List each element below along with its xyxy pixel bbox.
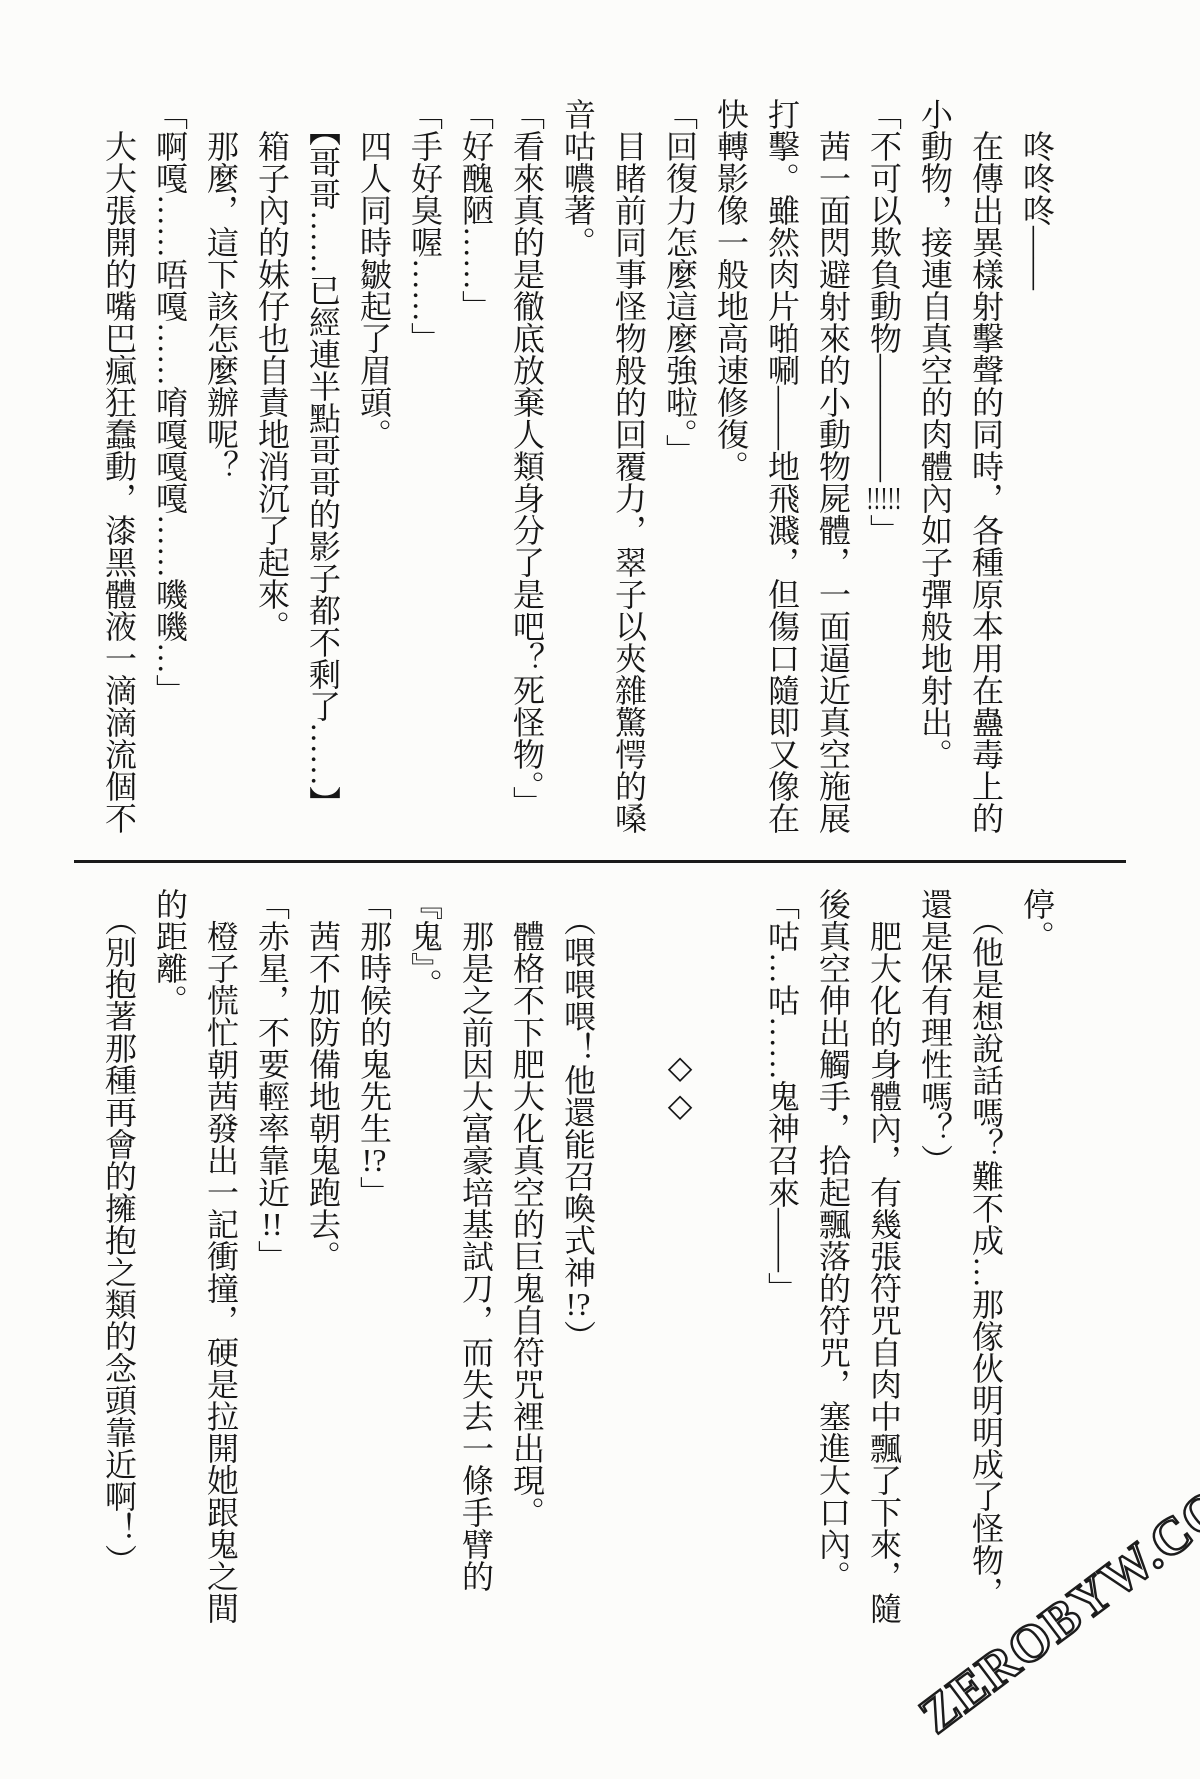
novel-page: 咚咚咚―― 在傳出異樣射擊聲的同時，各種原本用在蠱毒上的小動物，接連自真空的肉體…	[0, 0, 1200, 1779]
thought-line: （別抱著那種再會的擁抱之類的念頭靠近啊！）	[93, 888, 144, 1628]
text-run: 「咕…咕……鬼神召來――」	[764, 888, 800, 1304]
text-run: 四人同時皺起了眉頭。	[356, 98, 392, 450]
text-run: 咚咚咚――	[1019, 98, 1055, 290]
thought-line: 【哥哥……已經連半點哥哥的影子都不剩了……】	[297, 98, 348, 838]
text-run: 「看來真的是徹底放棄人類身分了是吧？死怪物。」	[509, 98, 545, 818]
horizontal-in-vertical-run: !!!!!	[866, 482, 902, 514]
text-run: （他是想說話嗎？難不成…那傢伙明明成了怪物，還是保有理性嗎？）	[917, 888, 1004, 1608]
text-run: 「赤星，不要輕率靠近	[254, 888, 290, 1208]
text-run: （喂喂喂！他還能召喚式神	[560, 888, 596, 1288]
dialogue-line: 「好醜陋……」	[450, 98, 501, 838]
text-run: ◇◇	[662, 888, 698, 1124]
text-run	[713, 888, 749, 920]
dialogue-line: 「啊嘎……唔嘎……唷嘎嘎嘎……嘰嘰…」	[144, 98, 195, 838]
text-run	[611, 888, 647, 920]
text-run: 」	[356, 1176, 392, 1208]
text-run: 目睹前同事怪物般的回覆力，翠子以夾雜驚愕的嗓音咕噥著。	[560, 98, 647, 834]
narration-line: 肥大化的身體內，有幾張符咒自肉中飄了下來，隨後真空伸出觸手，拾起飄落的符咒，塞進…	[807, 888, 909, 1628]
text-run: 那是之前因大富豪培基試刀，而失去一條手臂的『鬼』。	[407, 888, 494, 1592]
horizontal-in-vertical-run: !?	[356, 1144, 392, 1176]
narration-line: 橙子慌忙朝茜發出一記衝撞，硬是拉開她跟鬼之間的距離。	[144, 888, 246, 1628]
text-run: 橙子慌忙朝茜發出一記衝撞，硬是拉開她跟鬼之間的距離。	[152, 888, 239, 1624]
text-run: ）	[560, 1320, 596, 1352]
text-run: 「回復力怎麼這麼強啦。」	[662, 98, 698, 466]
text-run: 體格不下肥大化真空的巨鬼自符咒裡出現。	[509, 888, 545, 1528]
horizontal-in-vertical-run: !?	[560, 1288, 596, 1320]
scene-separator: ◇◇	[654, 888, 705, 1628]
text-run: 」	[254, 1240, 290, 1272]
blank-line	[603, 888, 654, 1628]
narration-line: 茜一面閃避射來的小動物屍體，一面逼近真空施展打擊。雖然肉片啪唰――地飛濺，但傷口…	[705, 98, 858, 838]
text-run: 「不可以欺負動物――――	[866, 98, 902, 482]
thought-line: （喂喂喂！他還能召喚式神!?）	[552, 888, 603, 1628]
narration-line: 箱子內的妹仔也自責地消沉了起來。	[246, 98, 297, 838]
narration-line: 在傳出異樣射擊聲的同時，各種原本用在蠱毒上的小動物，接連自真空的肉體內如子彈般地…	[909, 98, 1011, 838]
text-run: （別抱著那種再會的擁抱之類的念頭靠近啊！）	[101, 888, 137, 1576]
dialogue-line: 「回復力怎麼這麼強啦。」	[654, 98, 705, 838]
dialogue-line: 「那時候的鬼先生!?」	[348, 888, 399, 1628]
text-run: 在傳出異樣射擊聲的同時，各種原本用在蠱毒上的小動物，接連自真空的肉體內如子彈般地…	[917, 98, 1004, 834]
blank-line	[705, 888, 756, 1628]
text-run: 肥大化的身體內，有幾張符咒自肉中飄了下來，隨後真空伸出觸手，拾起飄落的符咒，塞進…	[815, 888, 902, 1624]
text-run: 茜不加防備地朝鬼跑去。	[305, 888, 341, 1272]
text-run: 那麼，這下該怎麼辦呢？	[203, 98, 239, 482]
sound-effect-line: 咚咚咚――	[1011, 98, 1062, 838]
narration-line: 四人同時皺起了眉頭。	[348, 98, 399, 838]
text-run: 「那時候的鬼先生	[356, 888, 392, 1144]
dialogue-line: 「不可以欺負動物――――!!!!!」	[858, 98, 909, 838]
narration-line: 茜不加防備地朝鬼跑去。	[297, 888, 348, 1628]
text-run: 」	[866, 514, 902, 546]
dialogue-line: 「看來真的是徹底放棄人類身分了是吧？死怪物。」	[501, 98, 552, 838]
text-run: 「好醜陋……」	[458, 98, 494, 322]
text-run: 【哥哥……已經連半點哥哥的影子都不剩了……】	[305, 98, 341, 818]
dialogue-line: 「赤星，不要輕率靠近!!」	[246, 888, 297, 1628]
dialogue-line: 「手好臭喔……」	[399, 98, 450, 838]
thought-line: （他是想說話嗎？難不成…那傢伙明明成了怪物，還是保有理性嗎？）	[909, 888, 1011, 1628]
text-run: 箱子內的妹仔也自責地消沉了起來。	[254, 98, 290, 642]
narration-continued-line: 停。	[1011, 888, 1062, 1628]
text-run: 茜一面閃避射來的小動物屍體，一面逼近真空施展打擊。雖然肉片啪唰――地飛濺，但傷口…	[713, 98, 851, 834]
narration-line: 目睹前同事怪物般的回覆力，翠子以夾雜驚愕的嗓音咕噥著。	[552, 98, 654, 838]
text-run: 「啊嘎……唔嘎……唷嘎嘎嘎……嘰嘰…」	[152, 98, 188, 706]
top-text-section: 咚咚咚―― 在傳出異樣射擊聲的同時，各種原本用在蠱毒上的小動物，接連自真空的肉體…	[93, 98, 1062, 838]
text-run: 停。	[1019, 888, 1055, 952]
horizontal-in-vertical-run: !!	[254, 1208, 290, 1240]
text-run: 「手好臭喔……」	[407, 98, 443, 354]
section-divider	[74, 860, 1126, 863]
narration-line: 大大張開的嘴巴瘋狂蠢動，漆黑體液一滴滴流個不	[93, 98, 144, 838]
bottom-text-section: 停。 （他是想說話嗎？難不成…那傢伙明明成了怪物，還是保有理性嗎？） 肥大化的身…	[93, 888, 1062, 1628]
narration-line: 那麼，這下該怎麼辦呢？	[195, 98, 246, 838]
text-run: 大大張開的嘴巴瘋狂蠢動，漆黑體液一滴滴流個不	[101, 98, 137, 834]
dialogue-line: 「咕…咕……鬼神召來――」	[756, 888, 807, 1628]
narration-line: 那是之前因大富豪培基試刀，而失去一條手臂的『鬼』。	[399, 888, 501, 1628]
narration-line: 體格不下肥大化真空的巨鬼自符咒裡出現。	[501, 888, 552, 1628]
